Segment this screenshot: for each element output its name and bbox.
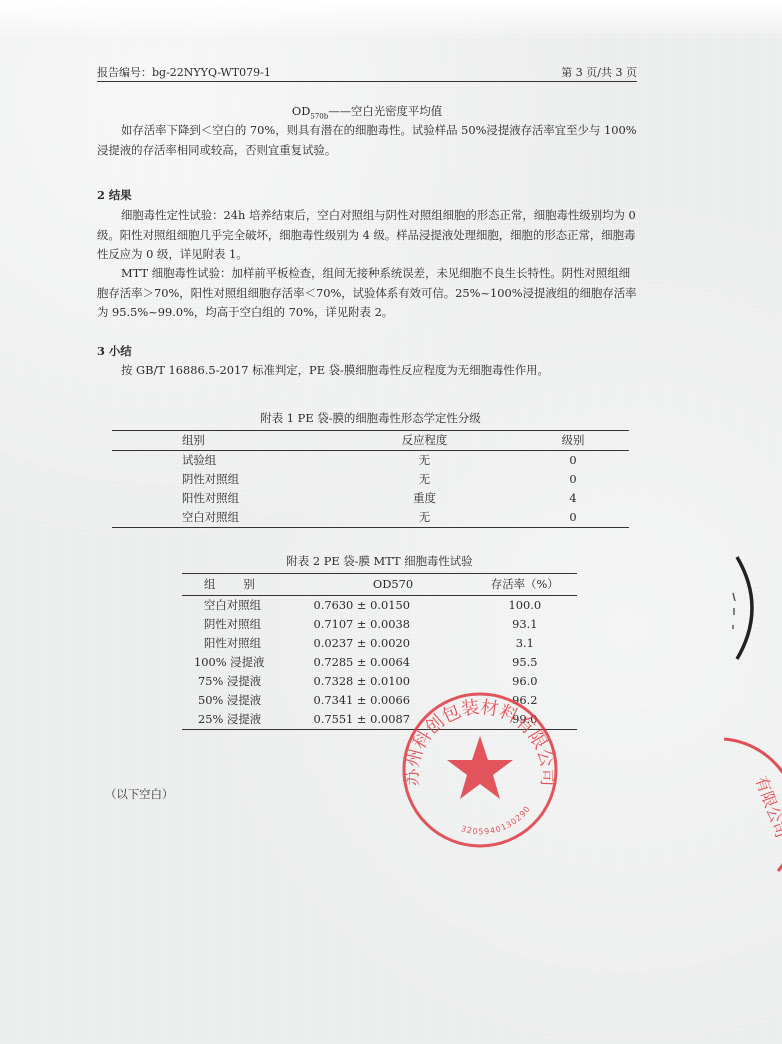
formula-subscript: 570b [310, 112, 328, 120]
table2-cell-rate: 95.5 [473, 653, 577, 672]
summary-paragraph: 按 GB/T 16886.5-2017 标准判定，PE 袋-膜细胞毒性反应程度为… [97, 361, 637, 381]
table-row: 空白对照组 无 0 [112, 508, 629, 528]
table1-cell-reaction: 重度 [332, 489, 517, 508]
formula-text: ——空白光密度平均值 [328, 104, 442, 118]
formula-symbol: OD [292, 104, 310, 118]
table1-cell-group: 空白对照组 [112, 508, 332, 528]
table2-cell-group: 阴性对照组 [182, 615, 313, 634]
table2-header-group: 组别 [182, 574, 313, 596]
table2-cell-group: 100% 浸提液 [182, 653, 313, 672]
edge-seal-text: 有限公司 [752, 774, 782, 841]
table2-cell-rate: 93.1 [473, 615, 577, 634]
edge-mark-icon [725, 553, 765, 663]
table-row: 100% 浸提液 0.7285 ± 0.0064 95.5 [182, 653, 577, 672]
table1-cell-reaction: 无 [332, 470, 517, 489]
table-row: 试验组 无 0 [112, 451, 629, 471]
table1-cell-grade: 4 [517, 489, 629, 508]
table2-cell-od: 0.7285 ± 0.0064 [313, 653, 472, 672]
table2-cell-group: 75% 浸提液 [182, 672, 313, 691]
table1-header-grade: 级别 [517, 431, 629, 451]
table-row: 阴性对照组 无 0 [112, 470, 629, 489]
page-header: 报告编号：bg-22NYYQ-WT079-1 第 3 页/共 3 页 [97, 63, 637, 82]
table2-caption: 附表 2 PE 袋-膜 MTT 细胞毒性试验 [182, 553, 577, 573]
table1-header-row: 组别 反应程度 级别 [112, 431, 629, 451]
seal-code: 3205940130290 [460, 804, 532, 836]
table-morphology-grading: 附表 1 PE 袋-膜的细胞毒性形态学定性分级 组别 反应程度 级别 试验组 无… [112, 410, 629, 528]
table-row: 空白对照组 0.7630 ± 0.0150 100.0 [182, 596, 577, 616]
table2-cell-rate: 100.0 [473, 596, 577, 616]
table1-header-reaction: 反应程度 [332, 431, 517, 451]
results-heading: 2 结果 [97, 186, 637, 206]
table2-cell-group: 阳性对照组 [182, 634, 313, 653]
summary-heading: 3 小结 [97, 342, 637, 362]
page-number: 第 3 页/共 3 页 [561, 64, 637, 80]
table-row: 阴性对照组 0.7107 ± 0.0038 93.1 [182, 615, 577, 634]
table1-header-group: 组别 [112, 431, 332, 451]
table2-header-rate: 存活率（%） [473, 574, 577, 596]
report-number: 报告编号：bg-22NYYQ-WT079-1 [97, 64, 271, 80]
table-row: 阳性对照组 0.0237 ± 0.0020 3.1 [182, 634, 577, 653]
table1-cell-reaction: 无 [332, 508, 517, 528]
page-top-fade [0, 0, 782, 40]
table2-header-row: 组别 OD570 存活率（%） [182, 574, 577, 596]
blank-below-note: （以下空白） [105, 786, 173, 802]
svg-text:3205940130290: 3205940130290 [460, 804, 532, 836]
table2-cell-group: 25% 浸提液 [182, 710, 313, 730]
table2-cell-od: 0.7328 ± 0.0100 [313, 672, 472, 691]
table2-cell-rate: 3.1 [473, 634, 577, 653]
table1-cell-reaction: 无 [332, 451, 517, 471]
table1-cell-group: 阳性对照组 [112, 489, 332, 508]
table2-cell-od: 0.0237 ± 0.0020 [313, 634, 472, 653]
table2-cell-od: 0.7107 ± 0.0038 [313, 615, 472, 634]
table2-cell-od: 0.7630 ± 0.0150 [313, 596, 472, 616]
table2-header-od: OD570 [313, 574, 472, 596]
table1-cell-group: 阴性对照组 [112, 470, 332, 489]
table-row: 阳性对照组 重度 4 [112, 489, 629, 508]
edge-seal-icon: 有限公司 [720, 735, 782, 875]
table2-cell-group: 50% 浸提液 [182, 691, 313, 710]
table1-cell-grade: 0 [517, 508, 629, 528]
table1-cell-grade: 0 [517, 470, 629, 489]
table1-caption: 附表 1 PE 袋-膜的细胞毒性形态学定性分级 [112, 410, 629, 430]
company-seal-icon: 苏州科创包装材料有限公司 3205940130290 [400, 690, 560, 850]
results-paragraph-2: MTT 细胞毒性试验：加样前平板检查，组间无接种系统误差，未见细胞不良生长特性。… [97, 264, 637, 323]
table2-cell-rate: 96.0 [473, 672, 577, 691]
criteria-paragraph: 如存活率下降到＜空白的 70%，则具有潜在的细胞毒性。试验样品 50%浸提液存活… [97, 121, 637, 160]
table1-cell-group: 试验组 [112, 451, 332, 471]
results-paragraph-1: 细胞毒性定性试验：24h 培养结束后，空白对照组与阴性对照组细胞的形态正常，细胞… [97, 206, 637, 265]
table-row: 75% 浸提液 0.7328 ± 0.0100 96.0 [182, 672, 577, 691]
table2-cell-group: 空白对照组 [182, 596, 313, 616]
table1-cell-grade: 0 [517, 451, 629, 471]
